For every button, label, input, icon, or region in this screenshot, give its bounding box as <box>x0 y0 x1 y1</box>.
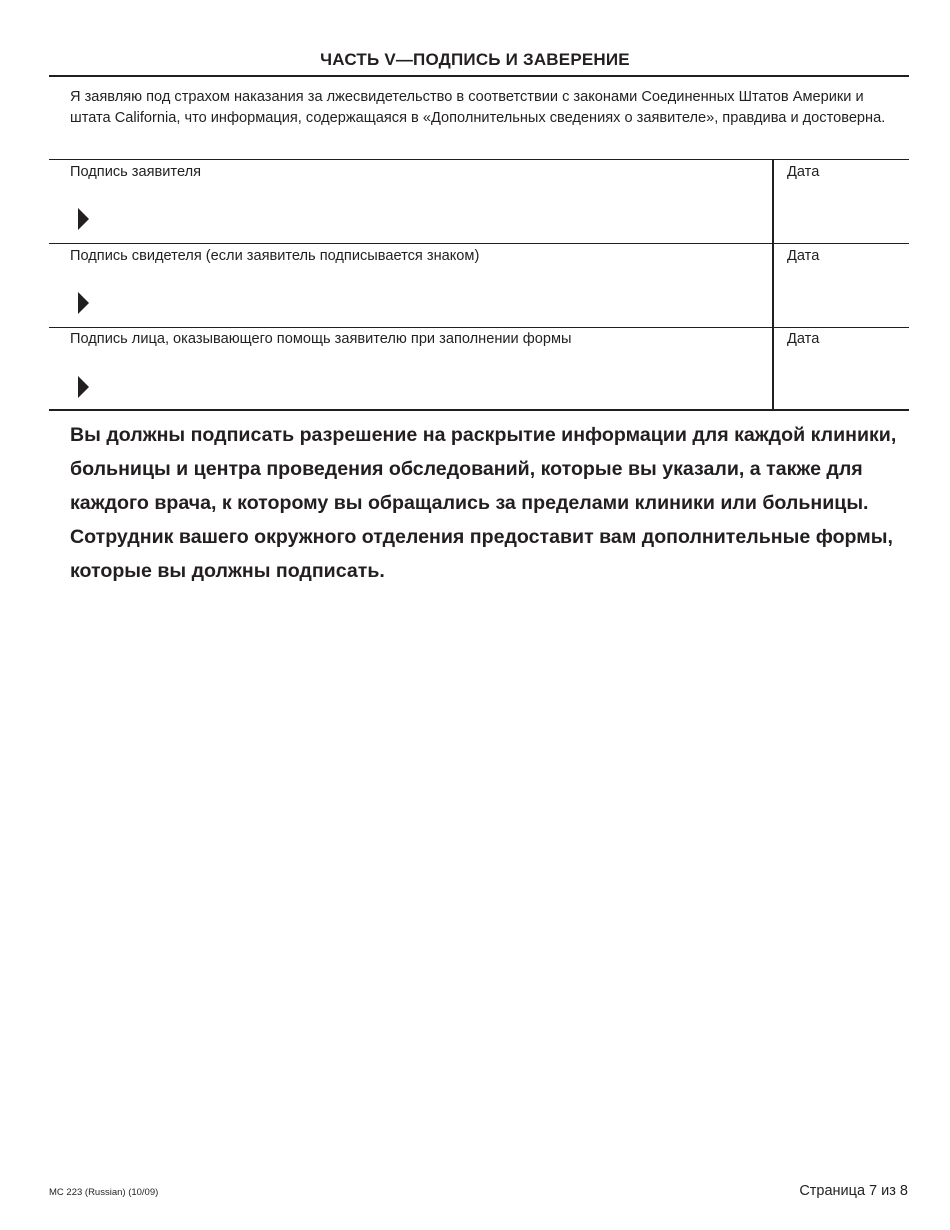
helper-date-label: Дата <box>787 331 819 347</box>
arrow-right-icon <box>78 292 89 314</box>
helper-signature-label: Подпись лица, оказывающего помощь заявит… <box>70 331 572 347</box>
applicant-date-label: Дата <box>787 164 819 180</box>
page-number: Страница 7 из 8 <box>799 1183 908 1199</box>
arrow-right-icon <box>78 376 89 398</box>
notice-text: Вы должны подписать разрешение на раскры… <box>70 418 910 588</box>
witness-date-label: Дата <box>787 248 819 264</box>
title-rule <box>49 75 909 77</box>
arrow-right-icon <box>78 208 89 230</box>
form-id: MC 223 (Russian) (10/09) <box>49 1187 158 1198</box>
declaration-text: Я заявляю под страхом наказания за лжесв… <box>70 87 905 129</box>
witness-signature-label: Подпись свидетеля (если заявитель подпис… <box>70 248 479 264</box>
section-title: ЧАСТЬ V—ПОДПИСЬ И ЗАВЕРЕНИЕ <box>0 50 950 70</box>
table-bottom-rule <box>49 409 909 411</box>
applicant-signature-label: Подпись заявителя <box>70 164 201 180</box>
